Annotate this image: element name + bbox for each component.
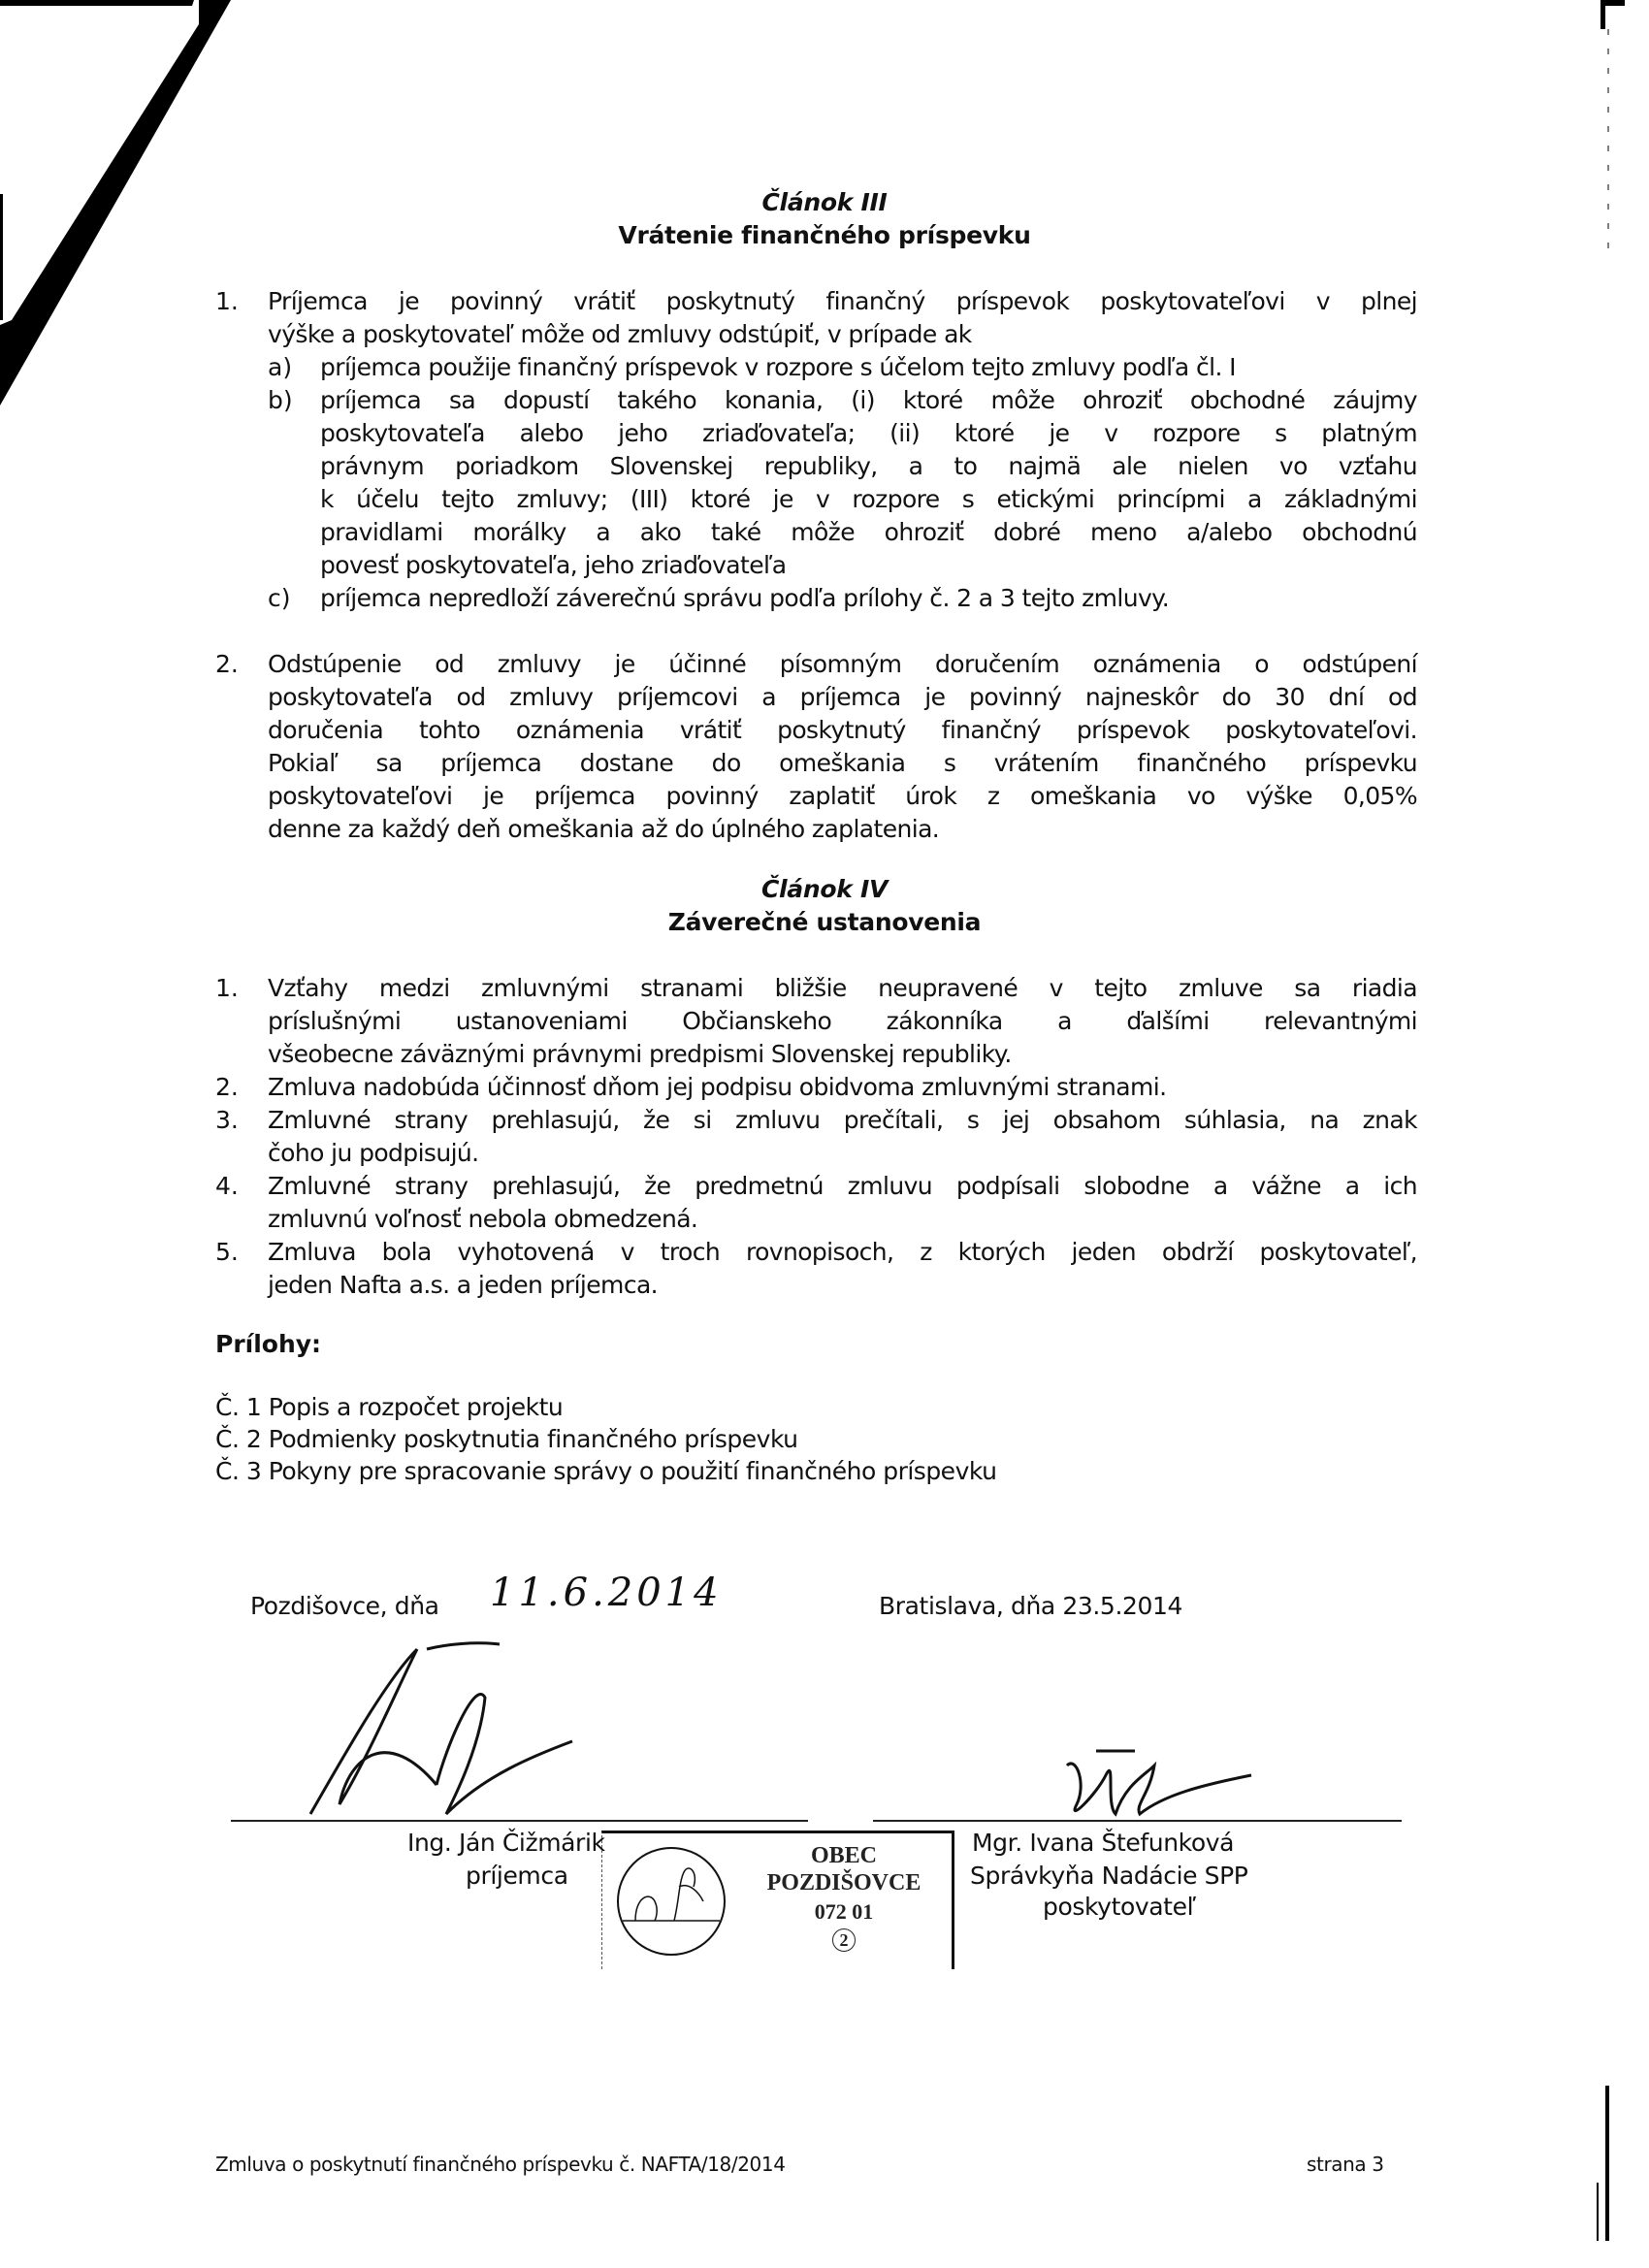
article-3-heading: Článok III Vrátenie finančného príspevku (0, 186, 1649, 252)
article-3-item-2: Odstúpenie od zmluvy je účinné písomným … (268, 648, 1417, 846)
article-3-item-1: Príjemca je povinný vrátiť poskytnutý fi… (268, 285, 1417, 351)
signatory-left-name: Ing. Ján Čižmárik (407, 1828, 605, 1859)
stamp-line-3: 072 01 (737, 1899, 951, 1925)
article-4-item-2: Zmluva nadobúda účinnosť dňom jej podpis… (268, 1071, 1417, 1104)
handwritten-date: 11.6.2014 (490, 1577, 723, 1608)
stamp-line-1: OBEC (737, 1843, 951, 1869)
article-3-item-number: 1. (215, 285, 239, 318)
article-4-item-number: 5. (215, 1236, 239, 1269)
sub-item-c: príjemca nepredloží záverečnú správu pod… (320, 582, 1417, 615)
attachment-item: Č. 3 Pokyny pre spracovanie správy o pou… (215, 1455, 996, 1487)
article-4-item-number: 3. (215, 1104, 239, 1137)
article-4-item-3: Zmluvné strany prehlasujú, že si zmluvu … (268, 1104, 1417, 1170)
article-3-subtitle: Vrátenie finančného príspevku (0, 219, 1649, 252)
attachment-item: Č. 2 Podmienky poskytnutia finančného pr… (215, 1423, 996, 1455)
article-4-item-5: Zmluva bola vyhotovená v troch rovnopiso… (268, 1236, 1417, 1302)
sub-item-label: a) (268, 351, 292, 384)
signatory-left-role: príjemca (466, 1861, 568, 1892)
sub-item-a: príjemca použije finančný príspevok v ro… (320, 351, 1417, 384)
sub-item-b: príjemca sa dopustí takého konania, (i) … (320, 384, 1417, 582)
signature-left-scribble (291, 1639, 582, 1824)
article-4-item-number: 1. (215, 972, 239, 1005)
article-4-title: Článok IV (0, 873, 1649, 906)
stamp-emblem-icon (611, 1843, 732, 1964)
article-4-item-1: Vzťahy medzi zmluvnými stranami bližšie … (268, 972, 1417, 1071)
signature-right-place-date: Bratislava, dňa 23.5.2014 (879, 1591, 1182, 1622)
article-4-subtitle: Záverečné ustanovenia (0, 906, 1649, 939)
article-4-item-number: 2. (215, 1071, 239, 1104)
article-4-item-number: 4. (215, 1170, 239, 1203)
article-4-item-4: Zmluvné strany prehlasujú, že predmetnú … (268, 1170, 1417, 1236)
stamp-line-4: 2 (737, 1928, 951, 1952)
signature-line-right (873, 1820, 1402, 1822)
footer-contract-id: Zmluva o poskytnutí finančného príspevku… (215, 2153, 786, 2176)
sub-item-label: c) (268, 582, 291, 615)
signatory-right-role: poskytovateľ (1043, 1892, 1196, 1923)
document-page: Článok III Vrátenie finančného príspevku… (0, 0, 1649, 2268)
footer-page-number: strana 3 (1307, 2153, 1384, 2176)
attachments-list: Č. 1 Popis a rozpočet projektu Č. 2 Podm… (215, 1391, 996, 1487)
signature-line-left (231, 1820, 808, 1822)
signature-left-place: Pozdišovce, dňa (250, 1591, 439, 1622)
signatory-right-title: Správkyňa Nadácie SPP (970, 1861, 1247, 1892)
sub-item-label: b) (268, 384, 293, 417)
attachments-title: Prílohy: (215, 1330, 321, 1358)
article-4-heading: Článok IV Záverečné ustanovenia (0, 873, 1649, 939)
scan-edge-artifact (1591, 0, 1649, 2268)
article-3-item-number: 2. (215, 648, 239, 681)
article-3-title: Článok III (0, 186, 1649, 219)
attachment-item: Č. 1 Popis a rozpočet projektu (215, 1391, 996, 1423)
signatory-right-name: Mgr. Ivana Štefunková (972, 1828, 1234, 1859)
stamp-line-2: POZDIŠOVCE (737, 1870, 951, 1896)
